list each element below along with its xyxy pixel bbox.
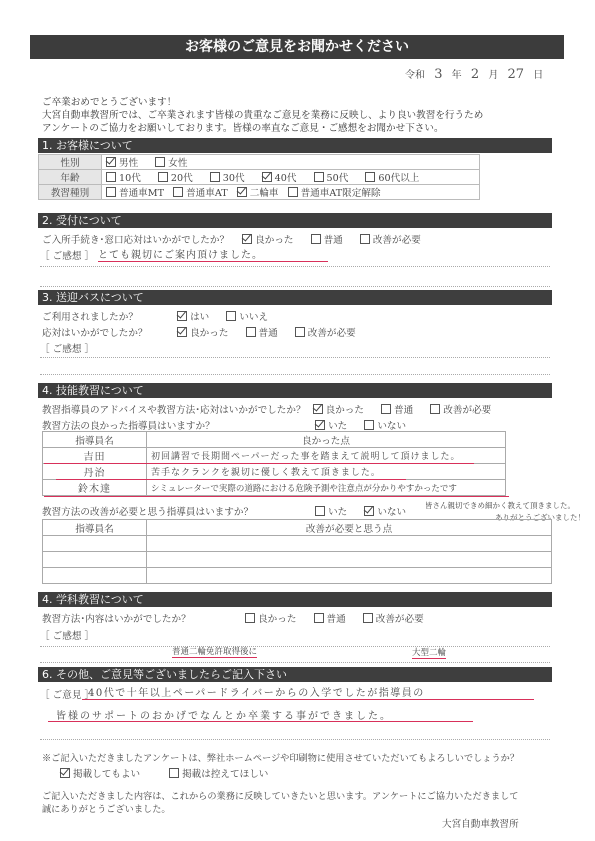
form-title: お客様のご意見をお聞かせください [30, 35, 564, 59]
gender-male-option[interactable]: 男性 [106, 158, 138, 169]
column-header: 良かった点 [147, 432, 506, 448]
checkbox-checked[interactable] [364, 506, 374, 516]
comment-line [40, 286, 550, 287]
bus-use-question: ご利用されましたか？ [42, 309, 174, 323]
comment-line [40, 266, 550, 267]
comment-line [40, 739, 550, 740]
improve-instructor-yes-option[interactable]: いた [315, 507, 347, 518]
section-customer-header: 1. お客様について [38, 138, 552, 153]
checkbox[interactable] [315, 506, 325, 516]
improve-point-cell[interactable] [147, 536, 552, 552]
other-comment-line1[interactable]: 40代で十年以上ペーパードライバーからの入学でしたが指導員の [88, 684, 425, 699]
checkbox[interactable] [210, 172, 220, 182]
checkbox[interactable] [381, 404, 391, 414]
annotation-after-license[interactable]: 普通二輪免許取得後に [172, 645, 257, 658]
checkbox[interactable] [158, 172, 168, 182]
instructor-name-cell[interactable]: 吉田 [43, 448, 147, 464]
annotation-large-motorcycle[interactable]: 大型二輪 [412, 646, 446, 659]
instructor-name-cell[interactable]: 丹治 [43, 464, 147, 480]
bus-use-row: ご利用されましたか？ はい いいえ [42, 309, 268, 323]
column-header: 指導員名 [43, 432, 147, 448]
publish-options-row: 掲載してもよい 掲載は控えてほしい [60, 766, 268, 780]
checkbox-checked[interactable] [313, 404, 323, 414]
comment-line [40, 357, 550, 358]
pen-underline [44, 496, 509, 497]
column-header: 改善が必要と思う点 [147, 520, 552, 536]
good-instructor-row: 教習方法の良かった指導員はいますか？ いた いない [42, 418, 406, 432]
improve-instructor-row: 教習方法の改善が必要と思う指導員はいますか？ いた いない [42, 504, 406, 518]
improve-point-cell[interactable] [147, 552, 552, 568]
checkbox[interactable] [430, 404, 440, 414]
checkbox[interactable] [295, 327, 305, 337]
improve-note-line1[interactable]: 皆さん親切できめ細かく教えて頂きました。 [425, 500, 575, 511]
lecture-question: 教習方法･内容はいかがでしたか？ [42, 611, 242, 625]
lecture-question-row: 教習方法･内容はいかがでしたか？ 良かった 普通 改善が必要 [42, 611, 424, 625]
signature: 大宮自動車教習所 [442, 818, 519, 831]
checkbox[interactable] [155, 157, 165, 167]
reception-comment[interactable]: とても親切にご案内頂けました。 [98, 246, 328, 262]
gender-female-option[interactable]: 女性 [155, 158, 187, 169]
day-label: 日 [533, 70, 543, 81]
checkbox[interactable] [245, 613, 255, 623]
skill-improve-option[interactable]: 改善が必要 [430, 405, 491, 416]
lecture-good-option[interactable]: 良かった [245, 614, 296, 625]
month-value: 2 [471, 67, 479, 82]
checkbox-checked[interactable] [315, 420, 325, 430]
publish-decline-option[interactable]: 掲載は控えてほしい [169, 769, 268, 780]
course-mt-option[interactable]: 普通車MT [106, 188, 164, 199]
checkbox[interactable] [314, 613, 324, 623]
checkbox[interactable] [246, 327, 256, 337]
pen-underline [56, 479, 406, 480]
checkbox[interactable] [169, 768, 179, 778]
intro-line: ご卒業おめでとうございます！ [42, 96, 483, 109]
checkbox[interactable] [106, 187, 116, 197]
good-point-cell[interactable]: 初回講習で長期間ペーパーだった事を踏まえて説明して頂けました。 [147, 448, 506, 464]
intro-line: 大宮自動車教習所では、ご卒業されます皆様の貴重なご意見を業務に反映し、より良い教… [42, 109, 483, 122]
bus-service-question: 応対はいかがでしたか？ [42, 325, 174, 339]
table-row [43, 568, 552, 584]
course-motorcycle-option[interactable]: 二輪車 [237, 188, 279, 199]
reception-comment-label: ［ ご感想 ］ [40, 248, 94, 262]
course-type-row: 教習種別 普通車MT 普通車AT 二輪車 普通車AT限定解除 [39, 185, 480, 200]
checkbox-checked[interactable] [177, 327, 187, 337]
other-comment-line2[interactable]: 皆様のサポートのおかげでなんとか卒業する事ができました。 [56, 707, 392, 722]
intro-line: アンケートのご協力をお願いしております。皆様の率直なご意見・ご感想をお聞かせ下さ… [42, 122, 483, 135]
checkbox-checked[interactable] [242, 234, 252, 244]
table-header-row: 指導員名 良かった点 [43, 432, 506, 448]
age-30s-option[interactable]: 30代 [210, 173, 245, 184]
age-50s-option[interactable]: 50代 [314, 173, 349, 184]
month-label: 月 [488, 70, 498, 81]
reception-good-option[interactable]: 良かった [242, 235, 293, 246]
lecture-normal-option[interactable]: 普通 [314, 614, 346, 625]
closing-text: ご記入いただきました内容は、これからの業務に反映していきたいと思います。アンケー… [42, 790, 518, 816]
closing-line: 誠にありがとうございました。 [42, 803, 518, 816]
pen-underline [82, 699, 534, 700]
checkbox-checked[interactable] [237, 187, 247, 197]
lecture-improve-option[interactable]: 改善が必要 [363, 614, 424, 625]
skill-normal-option[interactable]: 普通 [381, 405, 413, 416]
checkbox[interactable] [360, 234, 370, 244]
bus-service-row: 応対はいかがでしたか？ 良かった 普通 改善が必要 [42, 325, 356, 339]
day-value: 27 [508, 67, 525, 82]
section-other-header: 6. その他、ご意見等ございましたらご記入下さい [38, 667, 552, 682]
checkbox-checked[interactable] [177, 311, 187, 321]
checkbox[interactable] [364, 420, 374, 430]
bus-good-option[interactable]: 良かった [177, 328, 228, 339]
checkbox[interactable] [314, 172, 324, 182]
reception-question: ご入所手続き･窓口応対はいかがでしたか？ [42, 235, 229, 246]
era-label: 令和 [405, 70, 425, 81]
comment-line [40, 374, 550, 375]
checkbox[interactable] [311, 234, 321, 244]
checkbox[interactable] [365, 172, 375, 182]
closing-line: ご記入いただきました内容は、これからの業務に反映していきたいと思います。アンケー… [42, 790, 518, 803]
comment-line [40, 662, 550, 663]
checkbox[interactable] [173, 187, 183, 197]
instructor-name-cell[interactable] [43, 536, 147, 552]
reception-question-row: ご入所手続き･窓口応対はいかがでしたか？ 良かった 普通 改善が必要 [42, 232, 421, 246]
checkbox-checked[interactable] [106, 157, 116, 167]
year-label: 年 [452, 70, 462, 81]
table-row: 丹治 苦手なクランクを親切に優しく教えて頂きました。 [43, 464, 506, 480]
skill-advice-row: 教習指導員のアドバイスや教習方法･応対はいかがでしたか？ 良かった 普通 改善が… [42, 402, 491, 416]
date-field[interactable]: 令和 3 年 2 月 27 日 [405, 66, 543, 82]
section-reception-header: 2. 受付について [38, 213, 552, 228]
table-row: 鈴木達 シミュレーターで実際の道路における危険予測や注意点が分かりやすかったです [43, 480, 506, 496]
gender-row: 性別 男性 女性 [39, 155, 480, 170]
age-label: 年齢 [39, 170, 102, 185]
bus-use-yes-option[interactable]: はい [177, 312, 209, 323]
publish-question: ※ご記入いただきましたアンケートは、弊社ホームページや印刷物に使用させていただい… [42, 752, 519, 765]
checkbox[interactable] [106, 172, 116, 182]
checkbox-checked[interactable] [60, 768, 70, 778]
section-bus-header: 3. 送迎バスについて [38, 290, 552, 305]
age-row: 年齢 10代 20代 30代 40代 50代 60代以上 [39, 170, 480, 185]
gender-label: 性別 [39, 155, 102, 170]
checkbox[interactable] [288, 187, 298, 197]
publish-allow-option[interactable]: 掲載してもよい [60, 766, 166, 780]
improve-instructor-question: 教習方法の改善が必要と思う指導員はいますか？ [42, 504, 312, 518]
pen-underline [44, 463, 474, 464]
instructor-name-cell[interactable]: 鈴木達 [43, 480, 147, 496]
table-row: 吉田 初回講習で長期間ペーパーだった事を踏まえて説明して頂けました。 [43, 448, 506, 464]
skill-good-option[interactable]: 良かった [313, 405, 364, 416]
bus-comment-label: ［ ご感想 ］ [40, 341, 94, 355]
comment-line [40, 646, 550, 647]
course-at-removal-option[interactable]: 普通車AT限定解除 [288, 188, 381, 199]
table-header-row: 指導員名 改善が必要と思う点 [43, 520, 552, 536]
good-point-cell[interactable]: 苦手なクランクを親切に優しく教えて頂きました。 [147, 464, 506, 480]
course-type-label: 教習種別 [39, 185, 102, 200]
checkbox-checked[interactable] [262, 172, 272, 182]
bus-improve-option[interactable]: 改善が必要 [295, 328, 356, 339]
reception-normal-option[interactable]: 普通 [311, 235, 343, 246]
good-instructor-question: 教習方法の良かった指導員はいますか？ [42, 418, 312, 432]
age-20s-option[interactable]: 20代 [158, 173, 193, 184]
instructor-name-cell[interactable] [43, 568, 147, 584]
skill-advice-question: 教習指導員のアドバイスや教習方法･応対はいかがでしたか？ [42, 405, 306, 416]
age-40s-option[interactable]: 40代 [262, 173, 297, 184]
column-header: 指導員名 [43, 520, 147, 536]
section-lecture-header: 4. 学科教習について [38, 592, 552, 607]
good-point-cell[interactable]: シミュレーターで実際の道路における危険予測や注意点が分かりやすかったです [147, 480, 506, 496]
section-skill-header: 4. 技能教習について [38, 383, 552, 398]
lecture-comment-label: ［ ご感想 ］ [40, 628, 94, 642]
bus-normal-option[interactable]: 普通 [246, 328, 278, 339]
checkbox[interactable] [226, 311, 236, 321]
pen-underline [48, 721, 473, 722]
improve-instructor-table: 指導員名 改善が必要と思う点 [42, 519, 552, 584]
age-10s-option[interactable]: 10代 [106, 173, 141, 184]
checkbox[interactable] [363, 613, 373, 623]
table-row [43, 552, 552, 568]
bus-use-no-option[interactable]: いいえ [226, 312, 268, 323]
course-at-option[interactable]: 普通車AT [173, 188, 228, 199]
year-value: 3 [434, 67, 442, 82]
reception-improve-option[interactable]: 改善が必要 [360, 235, 421, 246]
customer-info-table: 性別 男性 女性 年齢 10代 20代 30代 40代 50代 60代以上 教習… [38, 154, 480, 200]
improve-instructor-no-option[interactable]: いない [364, 507, 406, 518]
age-60s-plus-option[interactable]: 60代以上 [365, 173, 419, 184]
table-row [43, 536, 552, 552]
instructor-name-cell[interactable] [43, 552, 147, 568]
intro-text: ご卒業おめでとうございます！ 大宮自動車教習所では、ご卒業されます皆様の貴重なご… [42, 96, 483, 135]
improve-point-cell[interactable] [147, 568, 552, 584]
